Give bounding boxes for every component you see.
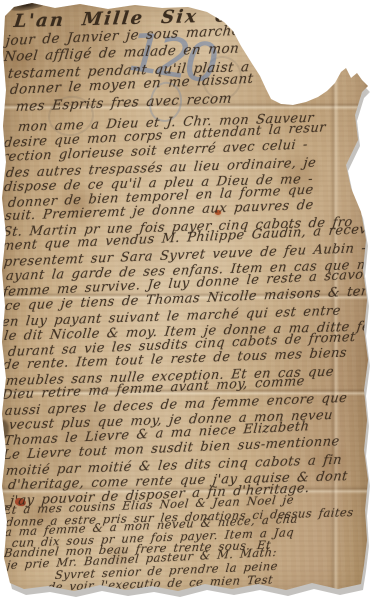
torn-paper: 120 L'an Mille Six cent sezejour de Janv… <box>0 0 370 599</box>
manuscript-photo: 120 L'an Mille Six cent sezejour de Janv… <box>0 0 370 599</box>
